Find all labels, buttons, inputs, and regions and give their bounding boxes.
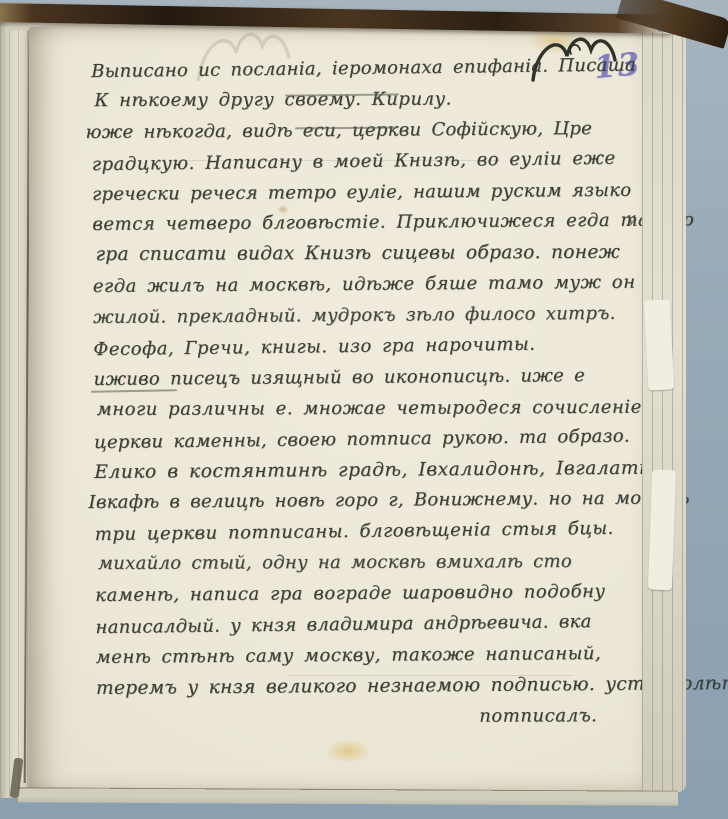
text-line: гра списати видах Книзѣ сицевы образо. п… — [96, 238, 620, 271]
right-page-edges — [642, 32, 686, 792]
text-line: михайло стый, одну на москвѣ вмихалѣ сто — [98, 547, 622, 580]
text-line: юже нѣкогда, видѣ еси, церкви Софійскую,… — [85, 114, 615, 149]
text-line: гречески речеся тетро еуліе, нашим руски… — [92, 175, 616, 210]
text-line: К нѣкоему другу своему. Кирилу. — [94, 84, 618, 117]
text-line: градцкую. Написану в моей Книзѣ, во еулі… — [92, 143, 616, 180]
manuscript-page: 130 Выписано ис посланіа, іеромонаха епи… — [29, 27, 647, 791]
paper-chip — [644, 299, 675, 390]
text-line: многи различны е. множае четыродеся сочи… — [97, 393, 621, 426]
photo-backdrop: 130 Выписано ис посланіа, іеромонаха епи… — [0, 0, 728, 819]
text-line: егда жилъ на москвѣ, идѣже бяше тамо муж… — [93, 268, 617, 303]
text-line: менѣ стѣнѣ саму москву, такоже написаный… — [96, 639, 620, 674]
text-line: потписалъ. — [479, 701, 623, 733]
text-line: церкви каменны, своею потписа рукою. та … — [94, 421, 618, 458]
margin-correction-mark: у — [627, 209, 636, 227]
text-line: вется четверо блговѣстіе. Приключижеся е… — [92, 206, 616, 241]
text-line: три церкви потписаны. блговѣщеніа стыя б… — [95, 514, 619, 551]
text-line: Выписано ис посланіа, іеромонаха епифані… — [91, 51, 615, 88]
paper-stain — [325, 739, 371, 763]
manuscript-text: Выписано ис посланіа, іеромонаха епифані… — [91, 52, 620, 736]
text-line: Фесофа, Гречи, книгы. изо гра нарочиты. — [93, 329, 617, 366]
text-line: написалдый. у кнзя владимира андрѣевича.… — [95, 607, 619, 644]
paper-chip — [648, 470, 676, 591]
text-line: теремъ у кнзя великого незнаемою подпись… — [96, 670, 620, 705]
text-line: Елико в костянтинѣ градѣ, Івхалидонѣ, Ів… — [94, 453, 618, 488]
bottom-page-edges — [18, 787, 678, 805]
